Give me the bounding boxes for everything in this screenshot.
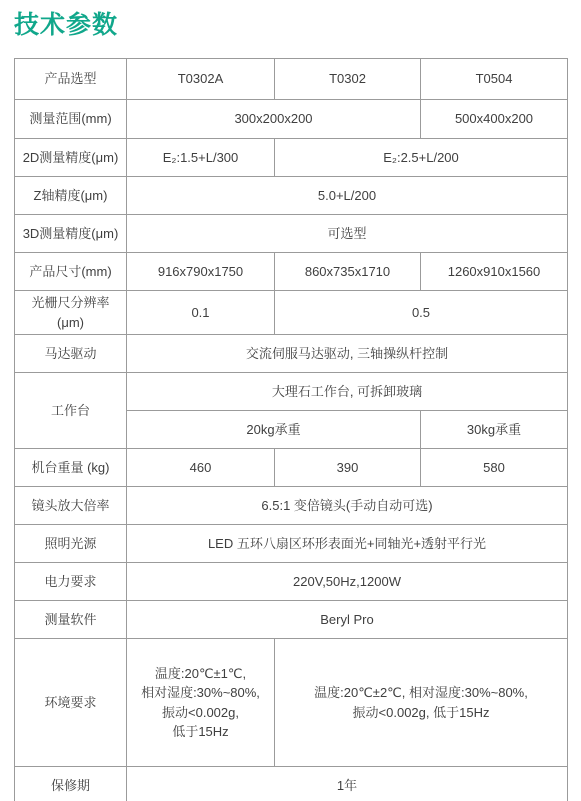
spec-label: 马达驱动 — [15, 335, 127, 373]
spec-value: 6.5:1 变倍镜头(手动自动可选) — [127, 487, 568, 525]
spec-label: 3D测量精度(μm) — [15, 215, 127, 253]
table-row: 保修期 1年 — [15, 767, 568, 801]
page-title: 技术参数 — [14, 5, 118, 41]
spec-value: T0504 — [421, 59, 568, 100]
spec-value: 1260x910x1560 — [421, 253, 568, 291]
spec-value: 860x735x1710 — [275, 253, 421, 291]
spec-value: 460 — [127, 449, 275, 487]
table-row: 光栅尺分辨率(μm) 0.1 0.5 — [15, 291, 568, 335]
spec-value: E₂:2.5+L/200 — [275, 139, 568, 177]
spec-label: 产品选型 — [15, 59, 127, 100]
spec-label: 工作台 — [15, 373, 127, 449]
spec-value: 916x790x1750 — [127, 253, 275, 291]
table-row: 机台重量 (kg) 460 390 580 — [15, 449, 568, 487]
table-row: 环境要求 温度:20℃±1℃, 相对湿度:30%~80%, 振动<0.002g,… — [15, 639, 568, 767]
table-row: 照明光源 LED 五环八扇区环形表面光+同轴光+透射平行光 — [15, 525, 568, 563]
table-row: Z轴精度(μm) 5.0+L/200 — [15, 177, 568, 215]
table-row: 产品选型 T0302A T0302 T0504 — [15, 59, 568, 100]
spec-value: 温度:20℃±2℃, 相对湿度:30%~80%, 振动<0.002g, 低于15… — [275, 639, 568, 767]
spec-value: 5.0+L/200 — [127, 177, 568, 215]
table-row: 测量范围(mm) 300x200x200 500x400x200 — [15, 100, 568, 139]
spec-value: LED 五环八扇区环形表面光+同轴光+透射平行光 — [127, 525, 568, 563]
spec-value: 1年 — [127, 767, 568, 801]
spec-label: 机台重量 (kg) — [15, 449, 127, 487]
spec-value: 580 — [421, 449, 568, 487]
spec-value: E₂:1.5+L/300 — [127, 139, 275, 177]
table-row: 3D测量精度(μm) 可选型 — [15, 215, 568, 253]
spec-value: 0.5 — [275, 291, 568, 335]
spec-value: 交流伺服马达驱动, 三轴操纵杆控制 — [127, 335, 568, 373]
spec-value: Beryl Pro — [127, 601, 568, 639]
specs-table: 产品选型 T0302A T0302 T0504 测量范围(mm) 300x200… — [14, 58, 568, 801]
spec-value: 0.1 — [127, 291, 275, 335]
table-row: 2D测量精度(μm) E₂:1.5+L/300 E₂:2.5+L/200 — [15, 139, 568, 177]
spec-value: 20kg承重 — [127, 411, 421, 449]
spec-label: 环境要求 — [15, 639, 127, 767]
spec-value: 温度:20℃±1℃, 相对湿度:30%~80%, 振动<0.002g, 低于15… — [127, 639, 275, 767]
table-row: 工作台 大理石工作台, 可拆卸玻璃 — [15, 373, 568, 411]
spec-label: 产品尺寸(mm) — [15, 253, 127, 291]
spec-label: 保修期 — [15, 767, 127, 801]
spec-label: 2D测量精度(μm) — [15, 139, 127, 177]
table-row: 镜头放大倍率 6.5:1 变倍镜头(手动自动可选) — [15, 487, 568, 525]
table-row: 马达驱动 交流伺服马达驱动, 三轴操纵杆控制 — [15, 335, 568, 373]
spec-sheet-page: 技术参数 产品选型 T0302A T0302 T0504 测量范围(mm) 30… — [0, 0, 581, 801]
spec-value: T0302A — [127, 59, 275, 100]
spec-value: 300x200x200 — [127, 100, 421, 139]
table-row: 测量软件 Beryl Pro — [15, 601, 568, 639]
spec-label: Z轴精度(μm) — [15, 177, 127, 215]
spec-label: 光栅尺分辨率(μm) — [15, 291, 127, 335]
table-row: 产品尺寸(mm) 916x790x1750 860x735x1710 1260x… — [15, 253, 568, 291]
spec-label: 镜头放大倍率 — [15, 487, 127, 525]
spec-value: 30kg承重 — [421, 411, 568, 449]
spec-value: 大理石工作台, 可拆卸玻璃 — [127, 373, 568, 411]
spec-value: 220V,50Hz,1200W — [127, 563, 568, 601]
table-row: 电力要求 220V,50Hz,1200W — [15, 563, 568, 601]
spec-value: 可选型 — [127, 215, 568, 253]
spec-value: 390 — [275, 449, 421, 487]
spec-label: 测量范围(mm) — [15, 100, 127, 139]
spec-value: 500x400x200 — [421, 100, 568, 139]
spec-label: 测量软件 — [15, 601, 127, 639]
spec-value: T0302 — [275, 59, 421, 100]
spec-label: 照明光源 — [15, 525, 127, 563]
spec-label: 电力要求 — [15, 563, 127, 601]
